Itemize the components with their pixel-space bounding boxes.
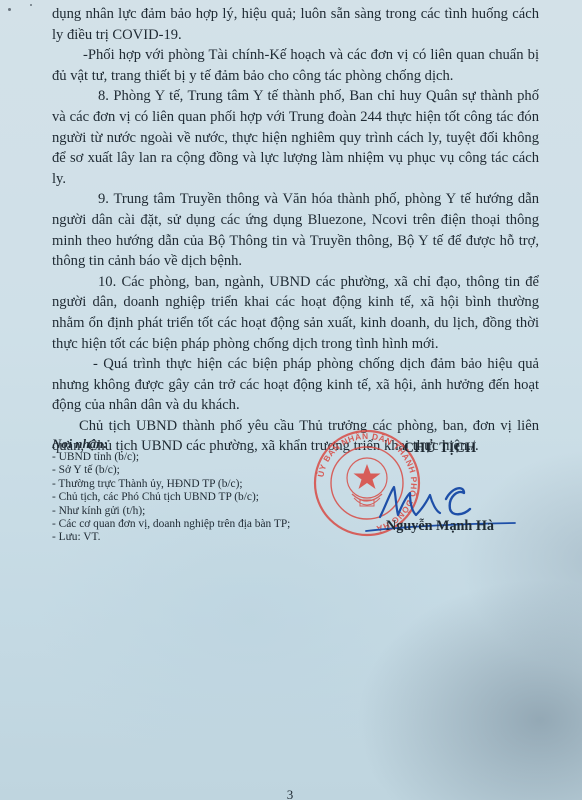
paragraph-item-8: 8. Phòng Y tế, Trung tâm Y tế thành phố,… (52, 86, 539, 189)
recipient-item: - Các cơ quan đơn vị, doanh nghiệp trên … (52, 518, 312, 531)
recipient-item: - Thường trực Thành ủy, HĐND TP (b/c); (52, 478, 312, 491)
page-number: 3 (280, 787, 300, 800)
paragraph-coordination: -Phối hợp với phòng Tài chính-Kế hoạch v… (52, 45, 539, 86)
recipient-item: - Lưu: VT. (52, 531, 312, 544)
recipients-heading: Nơi nhận: (52, 436, 312, 451)
paragraph-item-10: 10. Các phòng, ban, ngành, UBND các phườ… (52, 272, 539, 354)
recipient-item: - Chủ tịch, các Phó Chủ tịch UBND TP (b/… (52, 491, 312, 504)
paper-speck (30, 4, 32, 6)
recipients-list: Nơi nhận: - UBND tỉnh (b/c); - Sở Y tế (… (52, 436, 312, 545)
document-body: dụng nhân lực đảm bảo hợp lý, hiệu quả; … (52, 4, 539, 457)
recipient-item: - Sở Y tế (b/c); (52, 464, 312, 477)
signature-block: ỦY BAN NHÂN DÂN THÀNH PHỐ ĐÔNG HÀ CHỦ TỊ… (300, 430, 560, 550)
recipient-item: - Như kính gửi (t/h); (52, 505, 312, 518)
signer-title: CHỦ TỊCH (340, 440, 540, 457)
paragraph-implementation-note: - Quá trình thực hiện các biện pháp phòn… (52, 354, 539, 416)
paper-speck (8, 8, 11, 11)
paragraph-item-9: 9. Trung tâm Truyền thông và Văn hóa thà… (52, 189, 539, 271)
document-page: dụng nhân lực đảm bảo hợp lý, hiệu quả; … (0, 0, 582, 800)
paragraph-continuation: dụng nhân lực đảm bảo hợp lý, hiệu quả; … (52, 4, 539, 45)
recipient-item: - UBND tỉnh (b/c); (52, 451, 312, 464)
signer-name: Nguyễn Mạnh Hà (340, 518, 540, 535)
